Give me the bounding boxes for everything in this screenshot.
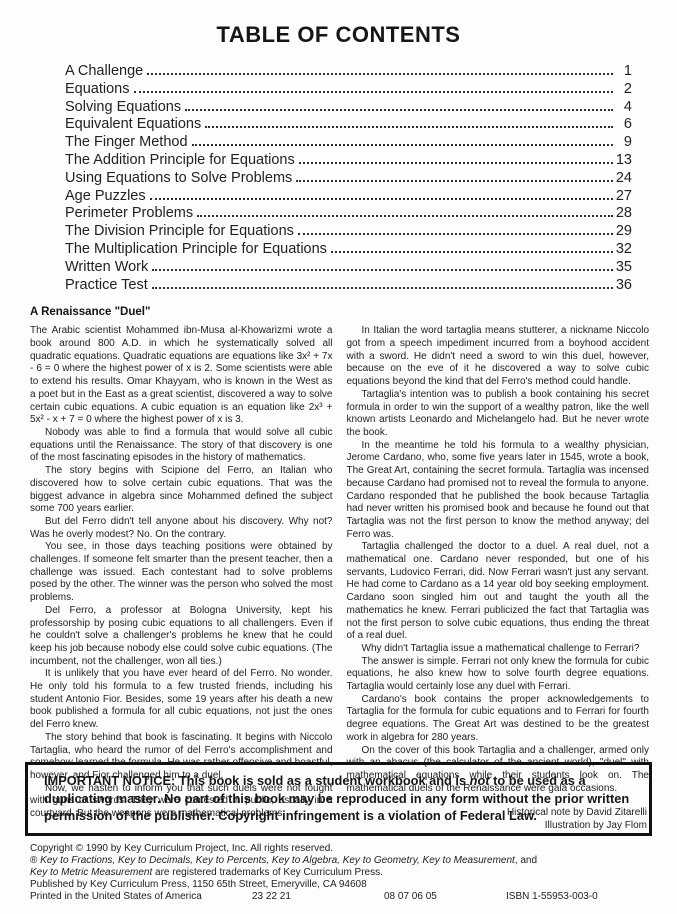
paragraph: The answer is simple. Ferrari not only k…: [347, 656, 650, 694]
toc-entry: Practice Test36: [65, 277, 632, 295]
paragraph: Tartaglia's intention was to publish a b…: [347, 389, 650, 440]
toc-page-number: 36: [614, 277, 632, 293]
toc-entry-label: The Finger Method: [65, 134, 188, 150]
paragraph: Why didn't Tartaglia issue a mathematica…: [347, 643, 650, 656]
toc-leader-dots: [331, 251, 613, 253]
paragraph: Cardano's book contains the proper ackno…: [347, 694, 650, 745]
toc-leader-dots: [296, 180, 613, 182]
toc-entry: The Addition Principle for Equations13: [65, 152, 632, 170]
toc-leader-dots: [152, 269, 613, 271]
print-run-numbers-1: 23 22 21: [252, 891, 384, 903]
toc-page-number: 1: [614, 63, 632, 79]
toc-page-number: 35: [614, 259, 632, 275]
toc-leader-dots: [150, 198, 613, 200]
toc-page-number: 29: [614, 223, 632, 239]
toc-leader-dots: [197, 215, 613, 217]
toc-page-number: 2: [614, 81, 632, 97]
page-title: TABLE OF CONTENTS: [0, 0, 677, 48]
paragraph: In the meantime he told his formula to a…: [347, 440, 650, 542]
trademark-line-1: ® Key to Fractions, Key to Decimals, Key…: [30, 855, 649, 867]
toc-entry: Equivalent Equations6: [65, 116, 632, 134]
toc-leader-dots: [147, 73, 613, 75]
toc-page-number: 4: [614, 99, 632, 115]
toc-entry: Using Equations to Solve Problems24: [65, 170, 632, 188]
paragraph: Nobody was able to find a formula that w…: [30, 427, 333, 465]
column-left: The Arabic scientist Mohammed ibn-Musa a…: [30, 325, 333, 832]
notice-italic-word: not: [470, 773, 490, 788]
toc-entry: A Challenge1: [65, 63, 632, 81]
toc-page-number: 24: [614, 170, 632, 186]
printed-line: Printed in the United States of America …: [30, 891, 649, 903]
toc-entry: Perimeter Problems28: [65, 205, 632, 223]
paragraph: In Italian the word tartaglia means stut…: [347, 325, 650, 389]
trademark-line-2: Key to Metric Measurement are registered…: [30, 867, 649, 879]
paragraph: It is unlikely that you have ever heard …: [30, 668, 333, 732]
toc-entry-label: Using Equations to Solve Problems: [65, 170, 292, 186]
toc-entry-label: Solving Equations: [65, 99, 181, 115]
document-page: TABLE OF CONTENTS A Challenge1Equations2…: [0, 0, 677, 914]
footer: Copyright © 1990 by Key Curriculum Proje…: [30, 843, 649, 904]
trademark-titles: Key to Fractions, Key to Decimals, Key t…: [40, 855, 515, 866]
toc-leader-dots: [134, 91, 614, 93]
copyright-line: Copyright © 1990 by Key Curriculum Proje…: [30, 843, 649, 855]
printed-text: Printed in the United States of America: [30, 891, 252, 903]
paragraph: Tartaglia challenged the doctor to a due…: [347, 541, 650, 643]
toc-entry: Age Puzzles27: [65, 188, 632, 206]
toc-page-number: 28: [614, 205, 632, 221]
notice-box: IMPORTANT NOTICE: This book is sold as a…: [25, 762, 652, 836]
registered-mark-icon: ®: [30, 855, 40, 866]
toc-leader-dots: [299, 162, 613, 164]
trademark-title-2: Key to Metric Measurement: [30, 867, 152, 878]
toc-page-number: 32: [614, 241, 632, 257]
notice-text-before: IMPORTANT NOTICE: This book is sold as a…: [44, 773, 470, 788]
toc-entry-label: The Division Principle for Equations: [65, 223, 294, 239]
toc-page-number: 27: [614, 188, 632, 204]
toc-entry-label: The Multiplication Principle for Equatio…: [65, 241, 327, 257]
toc-page-number: 13: [614, 152, 632, 168]
paragraph: Del Ferro, a professor at Bologna Univer…: [30, 605, 333, 669]
toc-leader-dots: [205, 126, 613, 128]
toc-entry-label: A Challenge: [65, 63, 143, 79]
paragraph: But del Ferro didn't tell anyone about h…: [30, 516, 333, 541]
print-run-numbers-2: 08 07 06 05: [384, 891, 506, 903]
toc-entry: The Finger Method9: [65, 134, 632, 152]
paragraph: The story begins with Scipione del Ferro…: [30, 465, 333, 516]
toc-leader-dots: [298, 233, 613, 235]
column-right: In Italian the word tartaglia means stut…: [347, 325, 650, 832]
paragraph: The Arabic scientist Mohammed ibn-Musa a…: [30, 325, 333, 427]
toc-leader-dots: [185, 109, 613, 111]
isbn: ISBN 1-55953-003-0: [506, 891, 649, 903]
toc-entry-label: Age Puzzles: [65, 188, 146, 204]
published-line: Published by Key Curriculum Press, 1150 …: [30, 879, 649, 891]
toc-leader-dots: [192, 144, 613, 146]
toc-leader-dots: [152, 287, 613, 289]
toc-entry-label: Written Work: [65, 259, 148, 275]
toc-entry: The Division Principle for Equations29: [65, 223, 632, 241]
toc-entry-label: The Addition Principle for Equations: [65, 152, 295, 168]
article-heading: A Renaissance "Duel": [30, 306, 677, 318]
toc-entry-label: Equivalent Equations: [65, 116, 201, 132]
toc-entry: Solving Equations4: [65, 99, 632, 117]
toc: A Challenge1Equations2Solving Equations4…: [65, 63, 632, 294]
toc-entry-label: Perimeter Problems: [65, 205, 193, 221]
toc-entry-label: Practice Test: [65, 277, 148, 293]
trademark-line-2-suffix: are registered trademarks of Key Curricu…: [152, 867, 383, 878]
toc-entry: The Multiplication Principle for Equatio…: [65, 241, 632, 259]
trademark-line-1-suffix: , and: [515, 855, 537, 866]
bottom-block: IMPORTANT NOTICE: This book is sold as a…: [0, 762, 677, 904]
toc-entry-label: Equations: [65, 81, 130, 97]
article-columns: The Arabic scientist Mohammed ibn-Musa a…: [30, 325, 649, 832]
toc-entry: Equations2: [65, 81, 632, 99]
toc-entry: Written Work35: [65, 259, 632, 277]
toc-page-number: 9: [614, 134, 632, 150]
paragraph: You see, in those days teaching position…: [30, 541, 333, 605]
toc-page-number: 6: [614, 116, 632, 132]
